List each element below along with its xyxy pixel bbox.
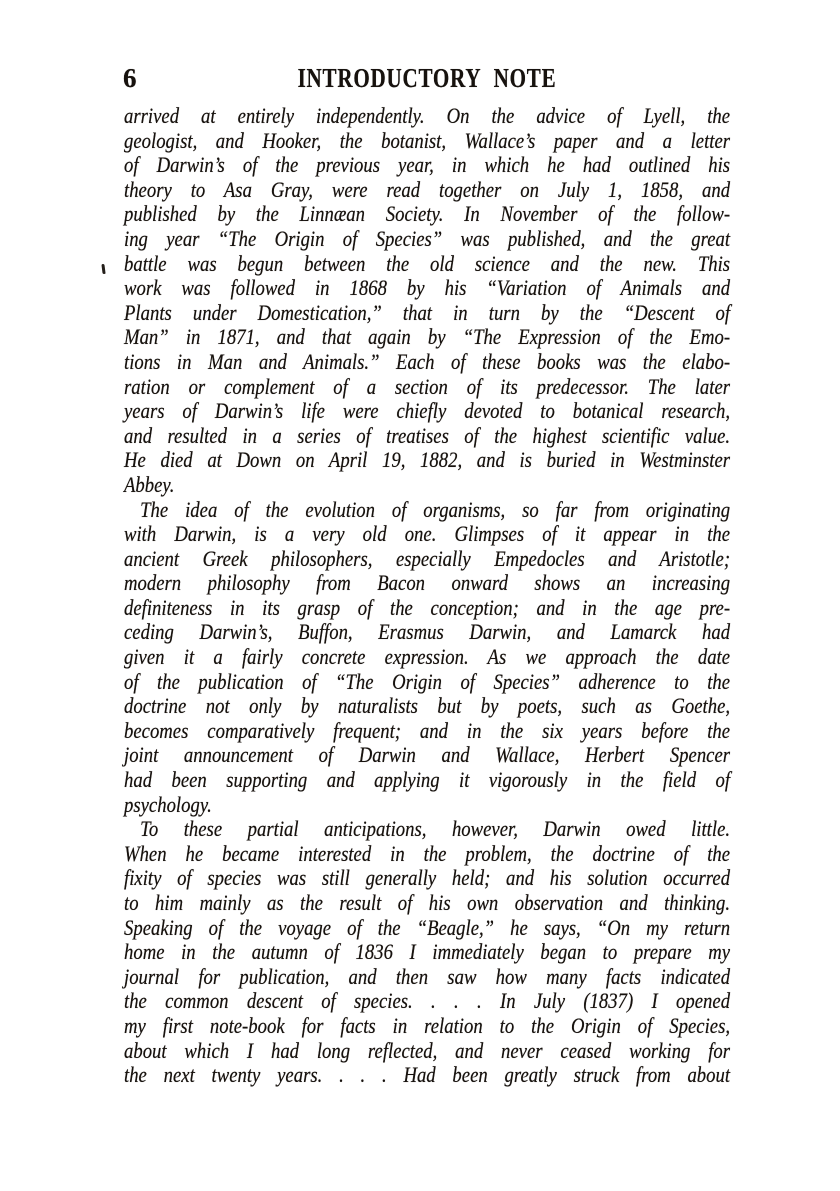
text-line: my first note-book for facts in relation… [124,1014,730,1039]
text-line: had been supporting and applying it vigo… [124,768,730,793]
text-line: ration or complement of a section of its… [124,375,730,400]
text-line: The idea of the evolution of organisms, … [124,498,730,523]
text-line: about which I had long reflected, and ne… [124,1039,730,1064]
text-line: ancient Greek philosophers, especially E… [124,547,730,572]
text-line: He died at Down on April 19, 1882, and i… [124,448,730,473]
text-line: Plants under Domestication,” that in tur… [124,301,730,326]
text-line: doctrine not only by naturalists but by … [124,694,730,719]
text-line: becomes comparatively frequent; and in t… [124,719,730,744]
text-line: the next twenty years. . . . Had been gr… [124,1063,730,1088]
text-line: tions in Man and Animals.” Each of these… [124,350,730,375]
text-line: ceding Darwin’s, Buffon, Erasmus Darwin,… [124,620,730,645]
text-line: given it a fairly concrete expression. A… [124,645,730,670]
text-line: battle was begun between the old science… [124,252,730,277]
text-line: modern philosophy from Bacon onward show… [124,571,730,596]
text-line: home in the autumn of 1836 I immediately… [124,940,730,965]
text-line: definiteness in its grasp of the concept… [124,596,730,621]
body-text: arrived at entirely independently. On th… [124,104,837,1088]
text-line: years of Darwin’s life were chiefly devo… [124,399,730,424]
text-line: of the publication of “The Origin of Spe… [124,670,730,695]
text-line: journal for publication, and then saw ho… [124,965,730,990]
text-line: theory to Asa Gray, were read together o… [124,178,730,203]
text-line: work was followed in 1868 by his “Variat… [124,276,730,301]
text-line: fixity of species was still generally he… [124,866,730,891]
text-line: To these partial anticipations, however,… [124,817,730,842]
text-line: the common descent of species. . . . In … [124,989,730,1014]
text-line: When he became interested in the problem… [124,842,730,867]
text-line: published by the Linnæan Society. In Nov… [124,202,730,227]
running-header: 6 INTRODUCTORY NOTE [124,64,730,94]
margin-ink-speck [101,264,105,274]
book-page: 6 INTRODUCTORY NOTE arrived at entirely … [0,0,840,1191]
text-line: arrived at entirely independently. On th… [124,104,730,129]
text-line: geologist, and Hooker, the botanist, Wal… [124,129,730,154]
text-line: and resulted in a series of treatises of… [124,424,730,449]
text-line: with Darwin, is a very old one. Glimpses… [124,522,730,547]
text-line: Man” in 1871, and that again by “The Exp… [124,325,730,350]
text-line: to him mainly as the result of his own o… [124,891,730,916]
text-line: joint announcement of Darwin and Wallace… [124,743,730,768]
text-line: of Darwin’s of the previous year, in whi… [124,153,730,178]
page-title: INTRODUCTORY NOTE [191,64,664,92]
text-line: Abbey. [124,473,730,498]
text-line: Speaking of the voyage of the “Beagle,” … [124,916,730,941]
text-line: ing year “The Origin of Species” was pub… [124,227,730,252]
text-line: psychology. [124,793,730,818]
page-number: 6 [123,65,137,91]
